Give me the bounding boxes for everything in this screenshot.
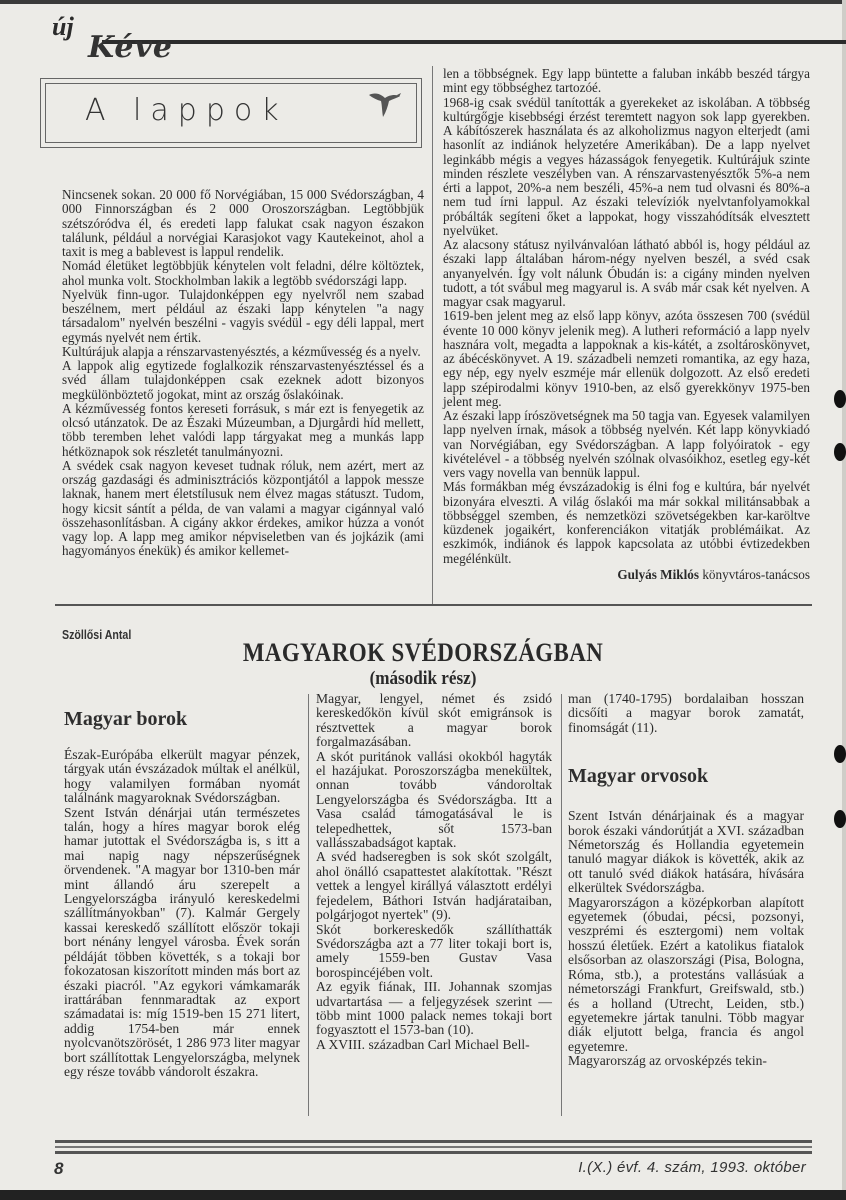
- paragraph: man (1740-1795) bordalaiban hosszan dics…: [568, 692, 804, 735]
- paragraph: A lappok alig egytizede foglalkozik réns…: [62, 359, 424, 402]
- column-divider: [308, 694, 309, 1116]
- section-heading-borok: Magyar borok: [64, 708, 187, 730]
- column-divider: [432, 66, 433, 606]
- paragraph: Észak-Európába elkerült magyar pénzek, t…: [64, 748, 300, 806]
- issue-info: I.(X.) évf. 4. szám, 1993. október: [578, 1159, 806, 1176]
- article1-right-column: len a többségnek. Egy lapp büntette a fa…: [443, 67, 810, 582]
- paragraph: Szent István dénárjai után természetes t…: [64, 806, 300, 1080]
- paragraph: Nomád életüket legtöbbjük kénytelen volt…: [62, 259, 424, 288]
- paragraph: A svéd hadseregben is sok skót szolgált,…: [316, 850, 552, 922]
- paragraph: A skót puritánok vallási okokból hagyták…: [316, 750, 552, 851]
- paragraph: 1968-ig csak svédül tanították a gyereke…: [443, 96, 810, 239]
- article1-title-box: A lappok: [40, 78, 422, 148]
- section-divider: [55, 604, 812, 606]
- page-right-edge: [842, 0, 846, 1200]
- paragraph: Magyarország az orvosképzés tekin-: [568, 1054, 804, 1068]
- masthead-logo: Kéve: [88, 30, 173, 65]
- punch-hole: [834, 390, 846, 408]
- flying-goose-icon: [367, 89, 401, 119]
- page-number: 8: [54, 1159, 63, 1179]
- paragraph: Más formákban még évszázadokig is élni f…: [443, 480, 810, 566]
- paragraph: Nincsenek sokan. 20 000 fő Norvégiában, …: [62, 188, 424, 259]
- paragraph: len a többségnek. Egy lapp büntette a fa…: [443, 67, 810, 96]
- section-heading-orvosok: Magyar orvosok: [568, 765, 804, 787]
- footer-rule: [55, 1140, 812, 1143]
- masthead-rule: [102, 40, 846, 44]
- punch-hole: [834, 745, 846, 763]
- footer-rule: [55, 1146, 812, 1148]
- paragraph: Magyarországon a középkorban alapított e…: [568, 896, 804, 1054]
- footer-rule: [55, 1151, 812, 1154]
- paragraph: A svédek csak nagyon keveset tudnak rólu…: [62, 459, 424, 559]
- article1-title: A lappok: [85, 93, 288, 128]
- paragraph: A XVIII. században Carl Michael Bell-: [316, 1038, 552, 1052]
- paragraph: A kézművesség fontos kereseti forrásuk, …: [62, 402, 424, 459]
- paragraph: 1619-ben jelent meg az első lapp könyv, …: [443, 309, 810, 409]
- punch-hole: [834, 810, 846, 828]
- paragraph: Az alacsony státusz nyilvánvalóan láthat…: [443, 238, 810, 309]
- article2-subtitle: (második rész): [42, 668, 803, 690]
- page-bottom-edge: [0, 1190, 846, 1200]
- article2-column-3: man (1740-1795) bordalaiban hosszan dics…: [568, 692, 804, 1069]
- paragraph: Nyelvük finn-ugor. Tulajdonképpen egy ny…: [62, 288, 424, 345]
- article1-left-column: Nincsenek sokan. 20 000 fő Norvégiában, …: [62, 188, 424, 559]
- article1-signature: Gulyás Miklós könyvtáros-tanácsos: [443, 568, 810, 582]
- paragraph: Az egyik fiának, III. Johannak szomjas u…: [316, 980, 552, 1038]
- article2-column-1: Észak-Európába elkerült magyar pénzek, t…: [64, 748, 300, 1079]
- paragraph: Magyar, lengyel, német és zsidó keresked…: [316, 692, 552, 750]
- paragraph: Az északi lapp írószövetségnek ma 50 tag…: [443, 409, 810, 480]
- masthead-logo-small: új: [52, 12, 74, 42]
- signature-name: Gulyás Miklós: [617, 567, 699, 582]
- punch-hole: [834, 443, 846, 461]
- signature-role: könyvtáros-tanácsos: [702, 567, 810, 582]
- masthead: új Kéve: [52, 12, 812, 72]
- page-top-edge: [0, 0, 846, 4]
- paragraph: Skót borkereskedők szállíthatták Svédors…: [316, 923, 552, 981]
- paragraph: Szent István dénárjainak és a magyar bor…: [568, 809, 804, 895]
- column-divider: [561, 694, 562, 1116]
- article2-column-2: Magyar, lengyel, német és zsidó keresked…: [316, 692, 552, 1052]
- paragraph: Kultúrájuk alapja a rénszarvastenyésztés…: [62, 345, 424, 359]
- article2-title: MAGYAROK SVÉDORSZÁGBAN: [51, 638, 795, 668]
